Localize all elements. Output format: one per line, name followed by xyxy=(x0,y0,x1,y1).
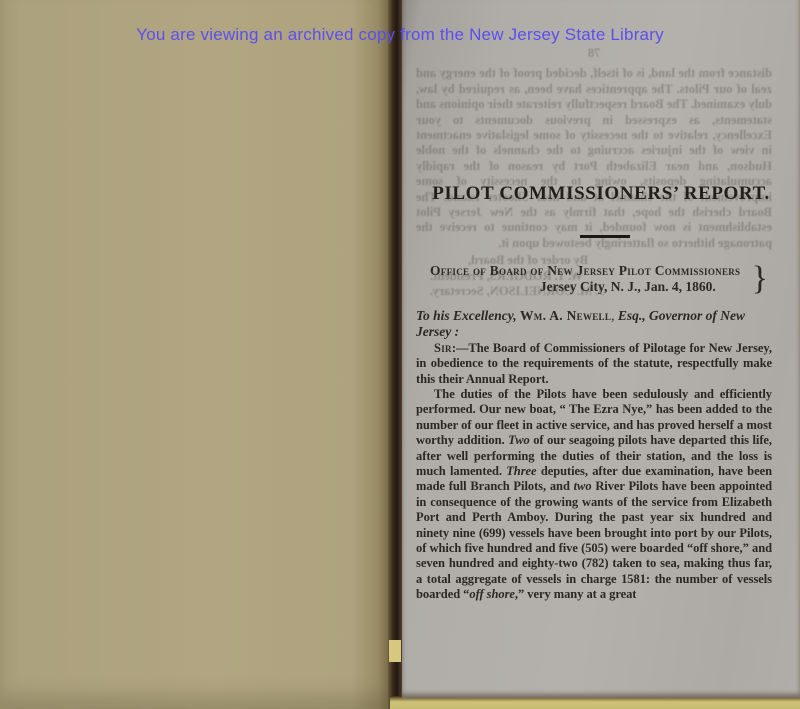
bleed-through-page-number: 78 xyxy=(416,46,772,61)
text-segment: :—The Board of Commissioners of Pilotage… xyxy=(416,341,772,386)
text-segment: Wm. A. Newell xyxy=(520,308,611,323)
text-segment: Two xyxy=(508,433,530,447)
dateline: Jersey City, N. J., Jan. 4, 1860. xyxy=(430,279,750,295)
text-segment: Sir xyxy=(434,341,452,355)
brace-glyph: } xyxy=(750,264,768,294)
text-segment: Three xyxy=(506,464,536,478)
bleed-through-text: 78 distance from the land, is of itself,… xyxy=(416,46,772,300)
text-segment: River Pilots have been appointed in cons… xyxy=(416,479,772,601)
text-segment: ,” very many at a great xyxy=(515,587,637,601)
text-segment: , xyxy=(611,308,618,323)
spine-underpage-sliver xyxy=(389,640,401,662)
archive-banner-text: You are viewing an archived copy from th… xyxy=(0,25,800,45)
text-segment: To his Excellency, xyxy=(416,308,520,323)
salutation: To his Excellency, Wm. A. Newell, Esq., … xyxy=(416,308,772,339)
office-line: Office of Board of New Jersey Pilot Comm… xyxy=(430,263,750,279)
report-title: PILOT COMMISSIONERS’ REPORT. xyxy=(402,183,800,205)
report-paragraph-1: Sir:—The Board of Commissioners of Pilot… xyxy=(416,341,772,387)
left-blank-page xyxy=(0,0,390,709)
office-dateline-lines: Office of Board of New Jersey Pilot Comm… xyxy=(430,263,750,295)
bleed-through-paragraph: distance from the land, is of itself, de… xyxy=(416,66,772,251)
page-content: 78 distance from the land, is of itself,… xyxy=(402,0,800,698)
title-rule xyxy=(580,235,630,238)
office-dateline-block: Office of Board of New Jersey Pilot Comm… xyxy=(430,263,768,295)
text-segment: off shore xyxy=(469,587,515,601)
report-paragraph-2: The duties of the Pilots have been sedul… xyxy=(416,387,772,603)
book-scan-view: You are viewing an archived copy from th… xyxy=(0,0,800,709)
text-segment: two xyxy=(574,479,592,493)
